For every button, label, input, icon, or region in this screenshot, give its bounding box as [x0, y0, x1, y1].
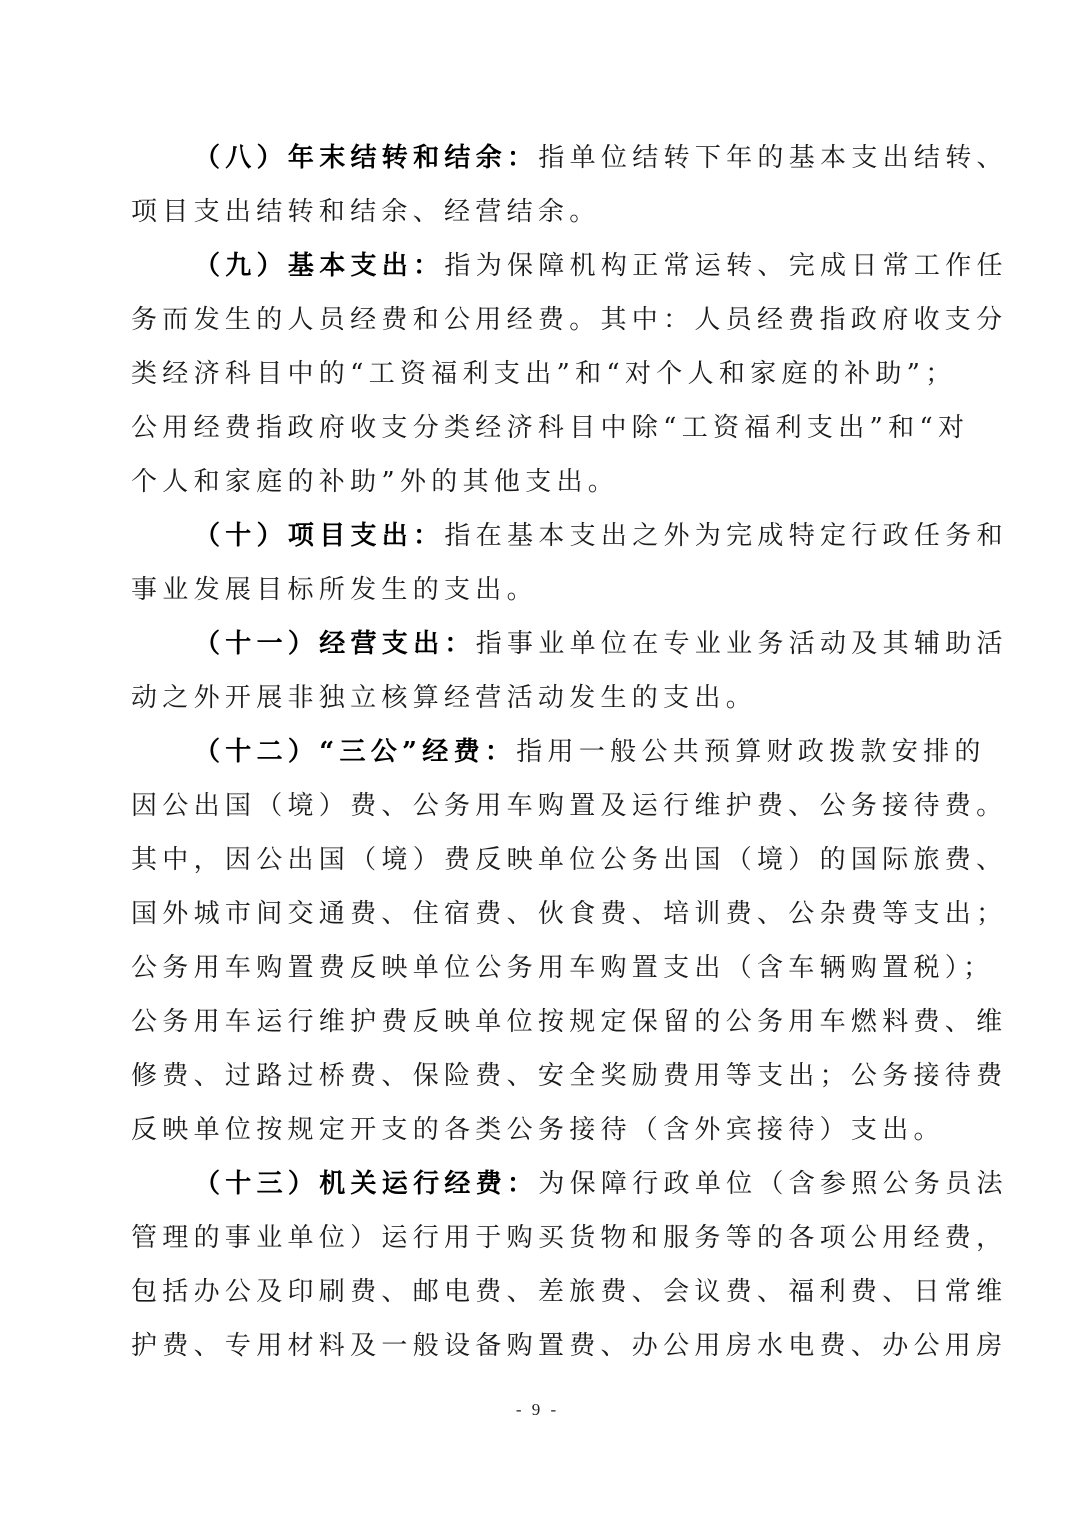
section-heading: （十一）经营支出：: [194, 629, 476, 659]
section-text: 指单位结转下年的基本支出结转、: [538, 143, 1008, 173]
section-text: 指事业单位在专业业务活动及其辅助活: [476, 629, 1008, 659]
section-12-line-2: 因公出国（境）费、公务用车购置及运行维护费、公务接待费。: [131, 786, 947, 840]
section-11-line-2: 动之外开展非独立核算经营活动发生的支出。: [131, 678, 947, 732]
section-12-line-6: 公务用车运行维护费反映单位按规定保留的公务用车燃料费、维: [131, 1002, 947, 1056]
section-9-line-5: 个人和家庭的补助”外的其他支出。: [131, 462, 947, 516]
section-heading: （九）基本支出：: [194, 251, 444, 281]
section-heading: （十三）机关运行经费：: [194, 1169, 538, 1199]
section-12-line-7: 修费、过路过桥费、保险费、安全奖励费用等支出；公务接待费: [131, 1056, 947, 1110]
section-13-line-3: 包括办公及印刷费、邮电费、差旅费、会议费、福利费、日常维: [131, 1272, 947, 1326]
section-12-line-1: （十二）“三公”经费：指用一般公共预算财政拨款安排的: [131, 732, 947, 786]
section-9-line-1: （九）基本支出：指为保障机构正常运转、完成日常工作任: [131, 246, 947, 300]
section-text: 指在基本支出之外为完成特定行政任务和: [444, 521, 1007, 551]
section-9-line-3: 类经济科目中的“工资福利支出”和“对个人和家庭的补助”；: [131, 354, 947, 408]
page-number: - 9 -: [0, 1400, 1075, 1420]
section-heading: （十二）“三公”经费：: [194, 737, 516, 767]
section-8-line-1: （八）年末结转和结余：指单位结转下年的基本支出结转、: [131, 138, 947, 192]
section-10-line-1: （十）项目支出：指在基本支出之外为完成特定行政任务和: [131, 516, 947, 570]
section-text: 指用一般公共预算财政拨款安排的: [516, 737, 986, 767]
section-10-line-2: 事业发展目标所发生的支出。: [131, 570, 947, 624]
section-13-line-4: 护费、专用材料及一般设备购置费、办公用房水电费、办公用房: [131, 1326, 947, 1380]
document-page: （八）年末结转和结余：指单位结转下年的基本支出结转、 项目支出结转和结余、经营结…: [131, 138, 947, 1380]
section-8-line-2: 项目支出结转和结余、经营结余。: [131, 192, 947, 246]
section-12-line-4: 国外城市间交通费、住宿费、伙食费、培训费、公杂费等支出；: [131, 894, 947, 948]
section-11-line-1: （十一）经营支出：指事业单位在专业业务活动及其辅助活: [131, 624, 947, 678]
section-heading: （八）年末结转和结余：: [194, 143, 538, 173]
section-13-line-1: （十三）机关运行经费：为保障行政单位（含参照公务员法: [131, 1164, 947, 1218]
section-12-line-5: 公务用车购置费反映单位公务用车购置支出（含车辆购置税）；: [131, 948, 947, 1002]
section-text: 为保障行政单位（含参照公务员法: [538, 1169, 1008, 1199]
section-12-line-3: 其中，因公出国（境）费反映单位公务出国（境）的国际旅费、: [131, 840, 947, 894]
section-9-line-4: 公用经费指政府收支分类经济科目中除“工资福利支出”和“对: [131, 408, 947, 462]
section-13-line-2: 管理的事业单位）运行用于购买货物和服务等的各项公用经费，: [131, 1218, 947, 1272]
section-12-line-8: 反映单位按规定开支的各类公务接待（含外宾接待）支出。: [131, 1110, 947, 1164]
section-heading: （十）项目支出：: [194, 521, 444, 551]
section-text: 指为保障机构正常运转、完成日常工作任: [444, 251, 1007, 281]
section-9-line-2: 务而发生的人员经费和公用经费。其中：人员经费指政府收支分: [131, 300, 947, 354]
